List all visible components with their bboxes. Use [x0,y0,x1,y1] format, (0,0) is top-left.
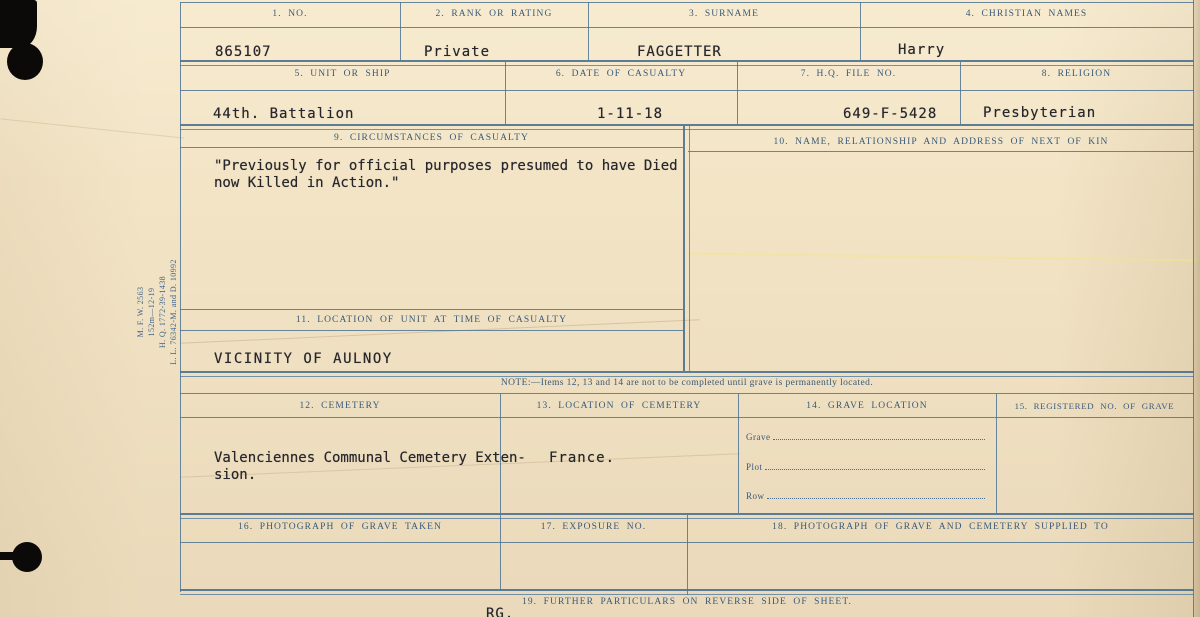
grid-line-h [180,90,1194,91]
dotted-leader [773,438,986,440]
paper-crease [0,118,184,138]
field-value-religion: Presbyterian [983,105,1096,121]
grid-line-h [180,371,1194,377]
field-value-circumstances-line1: "Previously for official purposes presum… [214,158,678,174]
grid-line-v [683,126,690,371]
grid-line-v [738,394,739,513]
field-value-location-of-cemetery: France. [549,450,615,466]
paper-edge-shading [1193,0,1200,617]
field-value-date-of-casualty: 1-11-18 [597,106,663,122]
field-label-no: 1. NO. [180,9,400,19]
dotted-leader [765,468,985,470]
punch-hole [0,0,37,48]
field-label-circumstances: 9. CIRCUMSTANCES OF CASUALTY [180,133,683,143]
grave-location-row-grave: Grave [746,432,985,442]
field-label-photo-taken: 16. PHOTOGRAPH OF GRAVE TAKEN [180,522,500,532]
grid-line-h [688,151,1194,152]
field-label-date-of-casualty: 6. DATE OF CASUALTY [505,69,737,79]
field-value-rank: Private [424,44,490,60]
grave-sublabel: Row [746,491,767,501]
field-label-registered-no: 15. REGISTERED NO. OF GRAVE [996,401,1193,411]
field-value-cemetery-line1: Valenciennes Communal Cemetery Exten- [214,450,526,466]
field-label-grave-location: 14. GRAVE LOCATION [738,401,996,411]
field-value-circumstances-line2: now Killed in Action." [214,175,399,191]
field-label-rank: 2. RANK OR RATING [400,9,588,19]
grid-line-h [180,393,1194,394]
printer-imprint: M. F. W. 2563 152m—12-19 H. Q. 1772-39-1… [135,247,181,377]
field-value-surname: FAGGETTER [637,44,722,60]
grave-sublabel: Grave [746,432,773,442]
grave-location-row-plot: Plot [746,462,985,472]
scanned-form-page: M. F. W. 2563 152m—12-19 H. Q. 1772-39-1… [0,0,1200,617]
printer-imprint-line: H. Q. 1772-39-1438 [157,247,168,377]
grid-line-h [180,147,683,148]
field-value-location-of-unit: VICINITY OF AULNOY [214,351,393,367]
field-label-location-of-unit: 11. LOCATION OF UNIT AT TIME OF CASUALTY [180,315,683,325]
field-value-no: 865107 [215,44,272,60]
paper-crease [690,252,1198,261]
field-value-unit: 44th. Battalion [213,106,354,122]
punch-hole [0,552,15,560]
field-value-hq-file-no: 649-F-5428 [843,106,937,122]
punch-hole [7,43,43,80]
punch-hole [12,542,42,572]
field-value-christian-names: Harry [898,42,945,58]
field-label-religion: 8. RELIGION [960,69,1193,79]
grid-line-h [180,2,1194,3]
grid-line-h [180,330,683,331]
grid-line-h [180,60,1194,66]
footer-initials: RG. [486,606,514,617]
printer-imprint-line: M. F. W. 2563 [135,247,146,377]
printer-imprint-line: L. L. 76342-M. and D. 10992 [168,247,179,377]
field-label-unit: 5. UNIT OR SHIP [180,69,505,79]
footer-further-particulars: 19. FURTHER PARTICULARS ON REVERSE SIDE … [180,597,1194,607]
dotted-leader [767,497,985,499]
grave-completion-note: NOTE:—Items 12, 13 and 14 are not to be … [180,378,1194,388]
grid-line-v [180,2,181,592]
field-label-photo-supplied: 18. PHOTOGRAPH OF GRAVE AND CEMETERY SUP… [687,522,1194,532]
grave-location-row-row: Row [746,491,985,501]
field-label-christian-names: 4. CHRISTIAN NAMES [860,9,1193,19]
field-label-cemetery: 12. CEMETERY [180,401,500,411]
grid-line-v [996,394,997,513]
grid-line-h [180,417,1194,418]
field-value-cemetery-line2: sion. [214,467,256,483]
field-label-exposure-no: 17. EXPOSURE NO. [500,522,687,532]
field-label-next-of-kin: 10. NAME, RELATIONSHIP AND ADDRESS OF NE… [688,137,1194,147]
grave-sublabel: Plot [746,462,765,472]
field-label-hq-file-no: 7. H.Q. FILE NO. [737,69,960,79]
field-label-location-of-cemetery: 13. LOCATION OF CEMETERY [500,401,738,411]
grid-line-h [180,309,683,310]
field-label-surname: 3. SURNAME [588,9,860,19]
grid-line-h [180,27,1194,28]
printer-imprint-line: 152m—12-19 [146,247,157,377]
